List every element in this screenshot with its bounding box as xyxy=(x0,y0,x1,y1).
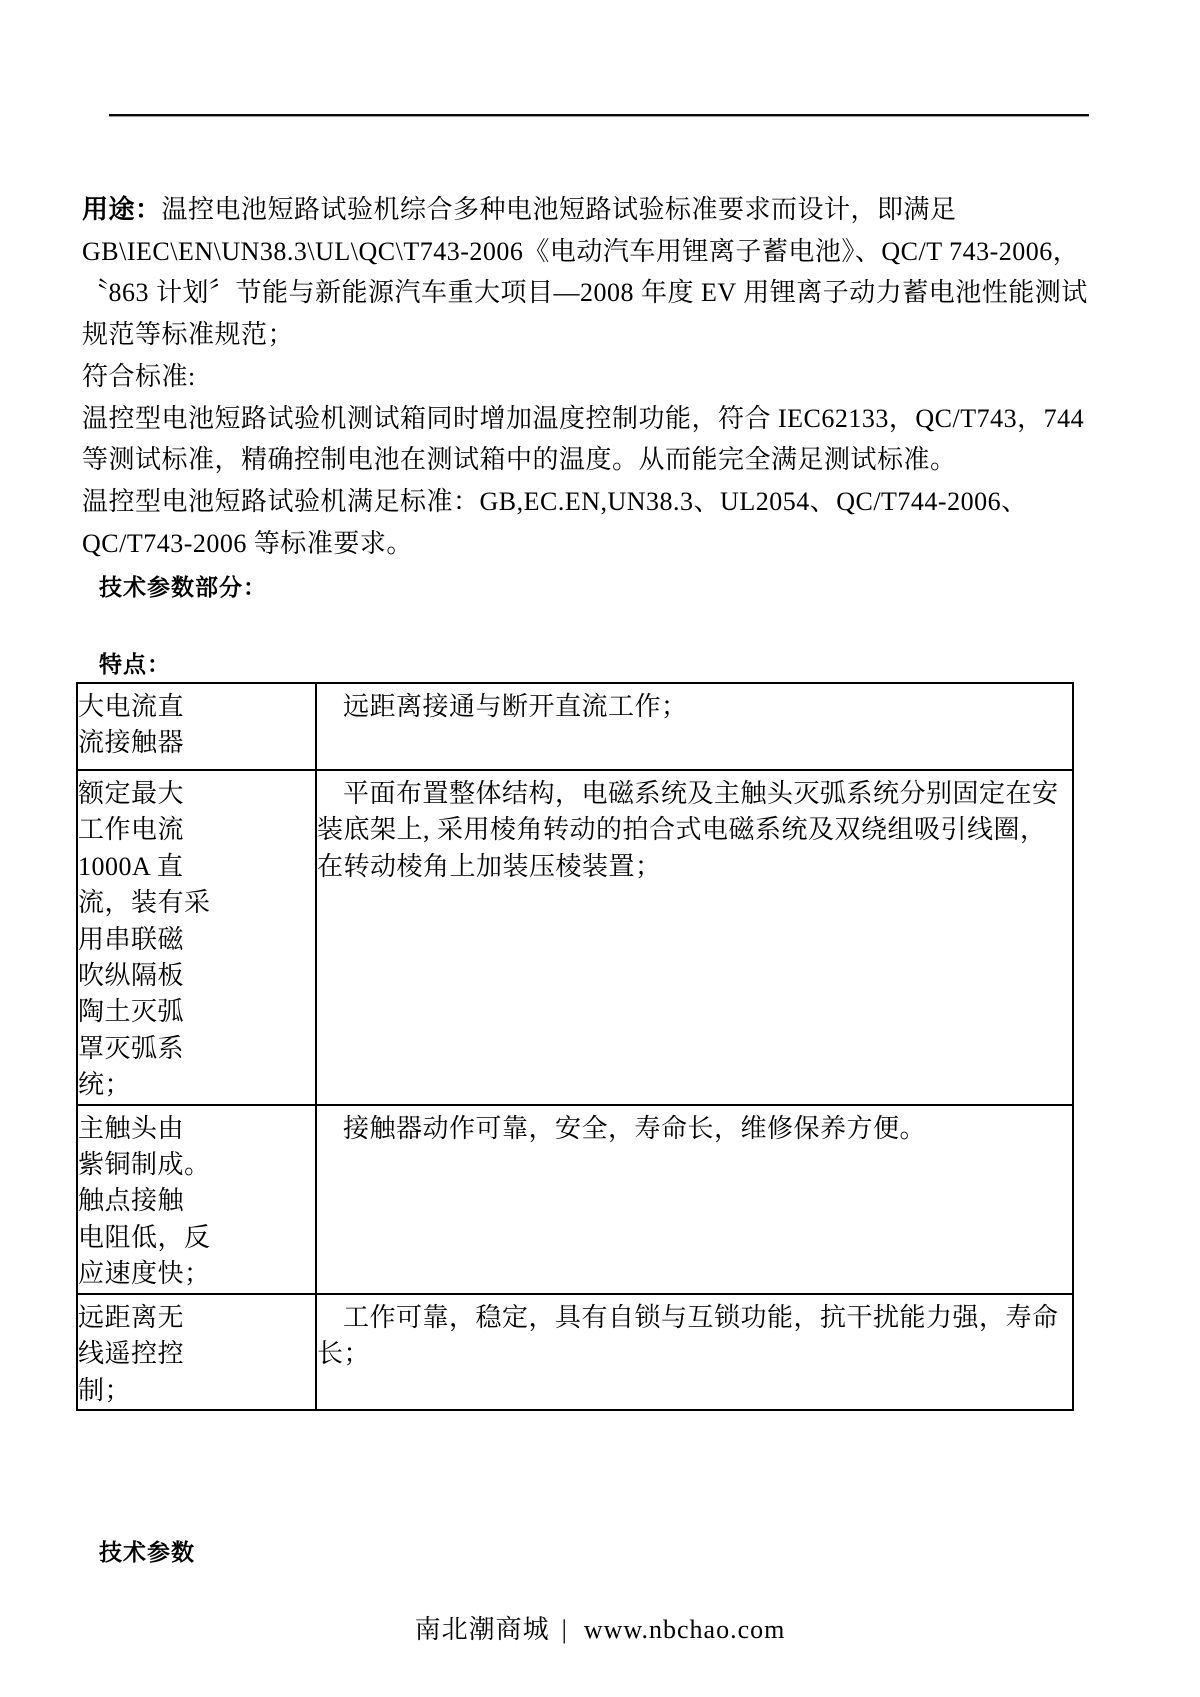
feature-text: 远距离无 线遥控控 制； xyxy=(78,1303,184,1405)
description-cell: 接触器动作可靠，安全，寿命长，维修保养方便。 xyxy=(316,1105,1073,1294)
section-heading-tech-params-part: 技术参数部分： xyxy=(99,572,267,602)
footer-site-name: 南北潮商城 xyxy=(415,1615,550,1644)
page-footer: 南北潮商城|www.nbchao.com xyxy=(0,1613,1200,1647)
description-cell: 平面布置整体结构，电磁系统及主触头灭弧系统分别固定在安 装底架上, 采用棱角转动… xyxy=(316,770,1073,1105)
features-table: 大电流直 流接触器 远距离接通与断开直流工作； 额定最大 工作电流 1000A … xyxy=(76,682,1074,1411)
feature-text: 大电流直 流接触器 xyxy=(78,692,184,757)
section-heading-tech-params: 技术参数 xyxy=(99,1537,195,1567)
section-heading-features: 特点： xyxy=(99,649,171,679)
description-text: 远距离接通与断开直流工作； xyxy=(317,689,1066,725)
feature-text: 主触头由 紫铜制成。 触点接触 电阻低，反 应速度快； xyxy=(78,1114,211,1289)
footer-separator: | xyxy=(562,1613,568,1647)
feature-cell: 主触头由 紫铜制成。 触点接触 电阻低，反 应速度快； xyxy=(77,1105,316,1294)
feature-cell: 远距离无 线遥控控 制； xyxy=(77,1294,316,1410)
header-divider xyxy=(109,114,1089,117)
document-page: { "document": { "intro": { "label": "用途：… xyxy=(0,0,1200,1697)
intro-label: 用途： xyxy=(82,195,162,224)
description-text: 接触器动作可靠，安全，寿命长，维修保养方便。 xyxy=(317,1111,1066,1147)
table-row: 额定最大 工作电流 1000A 直 流，装有采 用串联磁 吹纵隔板 陶土灭弧 罩… xyxy=(77,770,1073,1105)
intro-paragraph: 用途：温控电池短路试验机综合多种电池短路试验标准要求而设计，即满足 GB\IEC… xyxy=(82,189,1098,564)
footer-url: www.nbchao.com xyxy=(584,1615,785,1644)
intro-text: 温控电池短路试验机综合多种电池短路试验标准要求而设计，即满足 GB\IEC\EN… xyxy=(82,195,1088,558)
table-row: 远距离无 线遥控控 制； 工作可靠，稳定，具有自锁与互锁功能，抗干扰能力强，寿命… xyxy=(77,1294,1073,1410)
table-row: 大电流直 流接触器 远距离接通与断开直流工作； xyxy=(77,683,1073,770)
description-text: 平面布置整体结构，电磁系统及主触头灭弧系统分别固定在安 装底架上, 采用棱角转动… xyxy=(317,776,1066,885)
description-text: 工作可靠，稳定，具有自锁与互锁功能，抗干扰能力强，寿命 长； xyxy=(317,1300,1066,1373)
feature-text: 额定最大 工作电流 1000A 直 流，装有采 用串联磁 吹纵隔板 陶土灭弧 罩… xyxy=(78,779,211,1099)
feature-cell: 额定最大 工作电流 1000A 直 流，装有采 用串联磁 吹纵隔板 陶土灭弧 罩… xyxy=(77,770,316,1105)
feature-cell: 大电流直 流接触器 xyxy=(77,683,316,770)
description-cell: 远距离接通与断开直流工作； xyxy=(316,683,1073,770)
description-cell: 工作可靠，稳定，具有自锁与互锁功能，抗干扰能力强，寿命 长； xyxy=(316,1294,1073,1410)
table-row: 主触头由 紫铜制成。 触点接触 电阻低，反 应速度快； 接触器动作可靠，安全，寿… xyxy=(77,1105,1073,1294)
